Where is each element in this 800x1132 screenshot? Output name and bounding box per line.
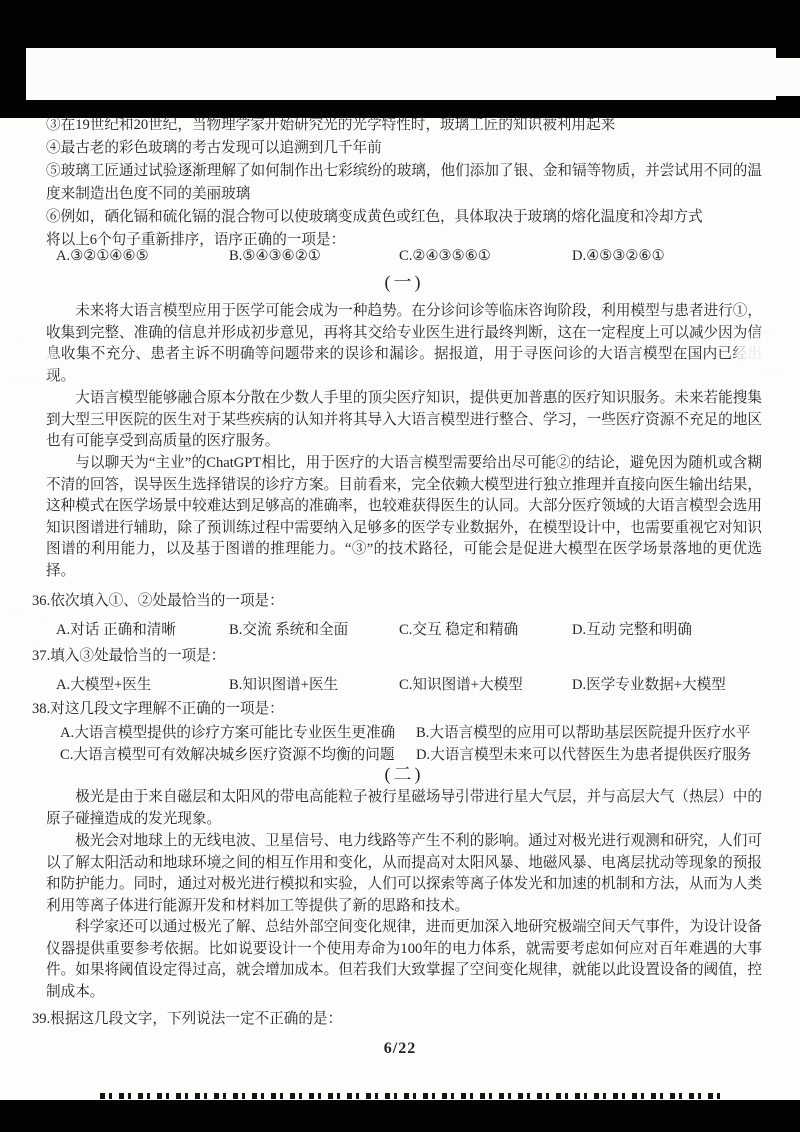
option-d: D.互动 完整和明确 [572,618,692,639]
passage2-paragraph: 科学家还可以通过极光了解、总结外部空间变化规律，进而更加深入地研究极端空间天气事… [46,917,762,1003]
passage1-paragraph: 未来将大语言模型应用于医学可能会成为一种趋势。在分诊问诊等临床咨询阶段，利用模型… [46,301,762,387]
question-38-stem: 38.对这几段文字理解不正确的一项是： [32,698,762,720]
sentence-item: ⑤玻璃工匠通过试验逐渐理解了如何制作出七彩缤纷的玻璃，他们添加了银、金和镉等物质… [46,160,762,206]
question-36-options: A.对话 正确和清晰 B.交流 系统和全面 C.交互 稳定和精确 D.互动 完整… [46,618,762,640]
passage1-paragraph: 大语言模型能够融合原本分散在少数人手里的顶尖医疗知识，提供更加普惠的医疗知识服务… [46,388,762,453]
sentence-item: ③在19世纪和20世纪，当物理学家开始研究光的光学特性时，玻璃工匠的知识被利用起… [46,114,762,137]
sentence-ordering-block: ③在19世纪和20世纪，当物理学家开始研究光的光学特性时，玻璃工匠的知识被利用起… [46,114,762,252]
ordering-options-row: A.③②①④⑥⑤ B.⑤④③⑥②① C.②④③⑤⑥① D.④⑤③②⑥① [46,247,762,269]
question-37-stem: 37.填入③处最恰当的一项是： [32,645,762,667]
option-d: D.医学专业数据+大模型 [572,673,726,694]
passage2-paragraph: 极光会对地球上的无线电波、卫星信号、电力线路等产生不利的影响。通过对极光进行观测… [46,831,762,917]
question-39-stem: 39.根据这几段文字，下列说法一定不正确的是： [32,1008,762,1030]
question-36-stem: 36.依次填入①、②处最恰当的一项是： [32,590,762,612]
option-a: A.对话 正确和清晰 [56,618,176,639]
sentence-item: ⑥例如，硒化镉和硫化镉的混合物可以使玻璃变成黄色或红色，具体取决于玻璃的熔化温度… [46,206,762,229]
option-b: B.⑤④③⑥②① [229,247,321,265]
option-c: C.知识图谱+大模型 [399,673,523,694]
question-38-options-row1: A.大语言模型提供的诊疗方案可能比专业医生更准确 B.大语言模型的应用可以帮助基… [46,721,762,743]
option-b: B.知识图谱+医生 [229,673,338,694]
option-a: A.大模型+医生 [56,673,151,694]
option-b: B.大语言模型的应用可以帮助基层医院提升医疗水平 [416,721,750,742]
option-c: C.交互 稳定和精确 [399,618,518,639]
section-heading-2: (二) [46,761,762,787]
section-heading-1: (一) [46,269,762,295]
passage2-paragraph: 极光是由于来自磁层和太阳风的带电高能粒子被行星磁场导引带进行星大气层，并与高层大… [46,787,762,830]
scan-header-white-box-edge [752,58,800,96]
option-a: A.大语言模型提供的诊疗方案可能比专业医生更准确 [60,721,395,742]
clipped-text-fragment [100,1093,720,1099]
sentence-item: ④最古老的彩色玻璃的考古发现可以追溯到几千年前 [46,137,762,160]
scan-header-white-box [26,48,776,100]
option-d: D.④⑤③②⑥① [572,247,665,265]
page-number: 6/22 [0,1040,800,1058]
passage1-paragraph: 与以聊天为“主业”的ChatGPT相比，用于医疗的大语言模型需要给出尽可能②的结… [46,453,762,582]
question-37-options: A.大模型+医生 B.知识图谱+医生 C.知识图谱+大模型 D.医学专业数据+大… [46,673,762,695]
option-a: A.③②①④⑥⑤ [56,247,149,265]
option-c: C.②④③⑤⑥① [399,247,491,265]
scan-band-bottom [0,1100,800,1132]
option-b: B.交流 系统和全面 [229,618,348,639]
scan-smudge [0,612,48,646]
